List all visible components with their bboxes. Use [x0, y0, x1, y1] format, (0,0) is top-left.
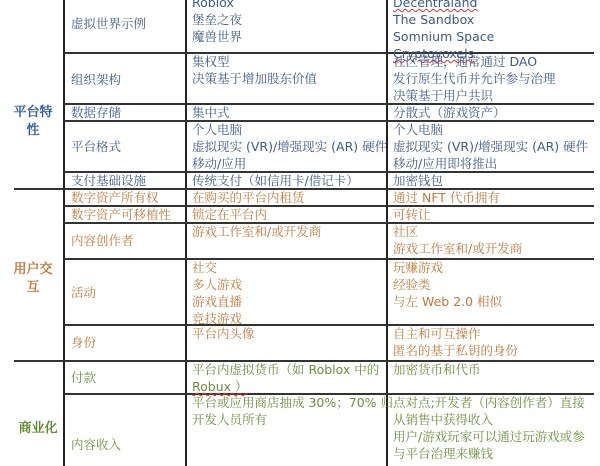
- group-label-user-interaction: 用户交 互: [3, 261, 63, 297]
- centralized-data-storage: 集中式: [192, 104, 230, 121]
- centralized-content-revenue: 平台或应用商店抽成 30%；70% 归 开发人员所有: [192, 394, 393, 428]
- centralized-platform-format: 个人电脑 虚拟现实 (VR)/增强现实 (AR) 硬件 移动/应用: [192, 121, 387, 172]
- feature-org-structure: 组织架构: [71, 71, 121, 88]
- decentralized-payments: 加密货币和代币: [393, 361, 481, 378]
- feature-identity: 身份: [71, 334, 96, 351]
- decentralized-identity: 自主和可互操作 匿名的基于私钥的身份: [393, 325, 518, 359]
- centralized-identity: 平台内头像: [192, 325, 255, 342]
- centralized-payments: 平台内虚拟货币（如 Roblox 中的 Robux ）: [192, 361, 379, 395]
- decentralized-activities: 玩赚游戏 经验类 与左 Web 2.0 相似: [393, 259, 502, 310]
- centralized-digital-asset-portability: 锁定在平台内: [192, 206, 267, 223]
- feature-payment-infrastructure: 支付基础设施: [71, 172, 146, 189]
- feature-activities: 活动: [71, 284, 96, 301]
- feature-content-revenue: 内容收入: [71, 436, 121, 453]
- feature-digital-asset-ownership: 数字资产所有权: [71, 189, 159, 206]
- decentralized-platform-format: 个人电脑 虚拟现实 (VR)/增强现实 (AR) 硬件 移动/应用即将推出: [393, 121, 588, 172]
- feature-platform-format: 平台格式: [71, 138, 121, 155]
- centralized-digital-asset-ownership: 在购买的平台内租赁: [192, 189, 305, 206]
- row-divider: [63, 258, 594, 260]
- feature-virtual-world-examples: 虚拟世界示例: [71, 15, 146, 32]
- divider-group-col: [63, 0, 65, 466]
- decentralized-data-storage: 分散式（游戏资产）: [393, 104, 506, 121]
- decentralized-content-revenue: 点对点;开发者（内容创作者）直接 从销售中获得收入 用户/游戏玩家可以通过玩游戏…: [393, 394, 585, 462]
- group-label-commercialization: 商业化: [8, 420, 68, 438]
- feature-data-storage: 数据存储: [71, 104, 121, 121]
- centralized-activities: 社交 多人游戏 游戏直播 竞技游戏: [192, 259, 242, 327]
- decentralized-org-structure: 社区管理，通常通过 DAO 发行原生代币并允许参与治理 决策基于用户共识: [393, 53, 556, 104]
- group-label-platform: 平台特 性: [3, 104, 63, 140]
- decentralized-digital-asset-ownership: 通过 NFT 代币拥有: [393, 189, 500, 206]
- comparison-table: 平台特 性 用户交 互 商业化 虚拟世界示例 Roblox 堡垒之夜 魔兽世界 …: [0, 0, 600, 466]
- centralized-content-creators: 游戏工作室和/或开发商: [192, 223, 321, 240]
- divider-feature-col: [185, 0, 187, 466]
- centralized-payment-infrastructure: 传统支付（如信用卡/借记卡）: [192, 172, 359, 189]
- feature-content-creators: 内容创作者: [71, 232, 134, 249]
- centralized-virtual-world-examples: Roblox 堡垒之夜 魔兽世界: [192, 0, 242, 45]
- decentralized-payment-infrastructure: 加密钱包: [393, 172, 443, 189]
- decentralized-digital-asset-portability: 可转让: [393, 206, 431, 223]
- decentralized-content-creators: 社区 游戏工作室和/或开发商: [393, 223, 522, 257]
- feature-payments: 付款: [71, 369, 96, 386]
- centralized-org-structure: 集权型 决策基于增加股东价值: [192, 53, 317, 87]
- feature-digital-asset-portability: 数字资产可移植性: [71, 206, 171, 223]
